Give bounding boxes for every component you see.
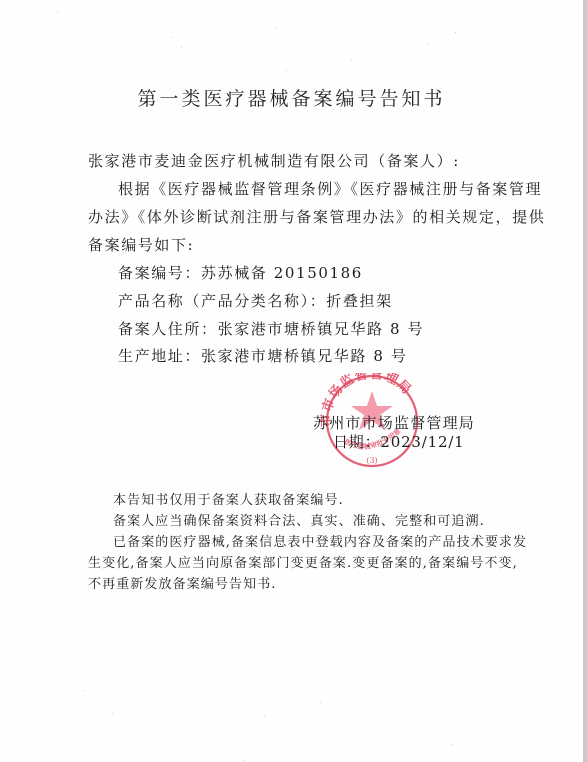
- scan-speck: [320, 702, 321, 703]
- scan-speck: [264, 716, 265, 717]
- scan-speck: [112, 713, 113, 714]
- issue-date: 日期：2023/12/1: [333, 431, 465, 452]
- note-line-5: 不再重新发放备案编号告知书.: [88, 573, 277, 592]
- body-line-3: 备案编号如下:: [88, 234, 194, 255]
- note-line-4: 生变化,备案人应当向原备案部门变更备案.变更备案的,备案编号不变,: [88, 552, 518, 571]
- field-product-name: 产品名称（产品分类名称）：折叠担架: [118, 290, 393, 311]
- scan-speck: [275, 27, 276, 28]
- addressee: 张家港市麦迪金医疗机械制造有限公司（备案人）:: [88, 150, 460, 171]
- scan-speck: [181, 47, 182, 48]
- scan-speck: [452, 744, 453, 745]
- scan-speck: [172, 37, 173, 38]
- document-title: 第一类医疗器械备案编号告知书: [0, 84, 583, 111]
- body-line-2: 办法》《体外诊断试剂注册与备案管理办法》的相关规定，提供: [88, 206, 545, 227]
- note-line-1: 本告知书仅用于备案人获取备案编号.: [113, 489, 344, 508]
- scan-speck: [84, 690, 85, 691]
- scan-speck: [244, 760, 245, 761]
- scan-speck: [455, 32, 456, 33]
- field-production-address: 生产地址：张家港市塘桥镇兄华路 8 号: [118, 345, 407, 366]
- scan-speck: [428, 44, 429, 45]
- note-line-3: 已备案的医疗器械,备案信息表中登载内容及备案的产品技术要求发: [113, 531, 527, 550]
- field-filing-number: 备案编号：苏苏械备 20150186: [118, 262, 363, 283]
- field-registrant-address: 备案人住所：张家港市塘桥镇兄华路 8 号: [118, 318, 424, 339]
- body-line-1: 根据《医疗器械监督管理条例》《医疗器械注册与备案管理: [118, 178, 542, 199]
- scan-speck: [57, 11, 58, 12]
- page-edge-border: [583, 0, 587, 762]
- issuing-authority: 苏州市市场监督管理局: [313, 412, 475, 433]
- scan-speck: [351, 60, 352, 61]
- document-page: 第一类医疗器械备案编号告知书 张家港市麦迪金医疗机械制造有限公司（备案人）: 根…: [0, 0, 583, 762]
- note-line-2: 备案人应当确保备案资料合法、真实、准确、完整和可追溯.: [113, 510, 485, 529]
- svg-text:(3): (3): [366, 456, 377, 465]
- scan-speck: [286, 70, 287, 71]
